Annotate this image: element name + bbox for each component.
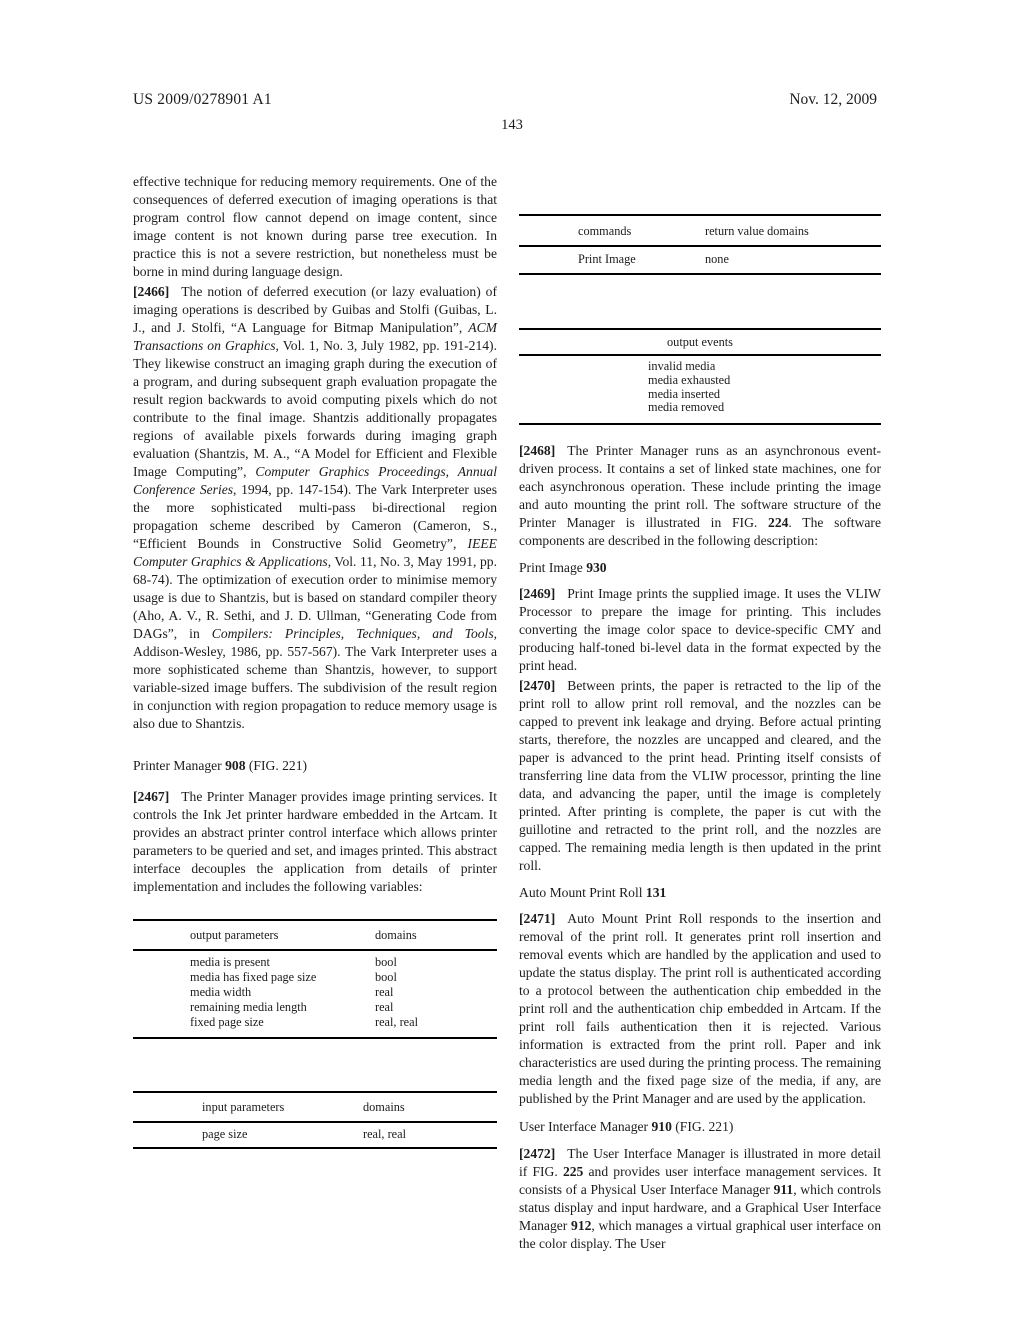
right-column: commands return value domains Print Imag…: [519, 214, 881, 1255]
publication-date: Nov. 12, 2009: [789, 91, 877, 109]
table-header-output-parameters: output parameters: [190, 928, 375, 943]
table-rule: [519, 273, 881, 275]
table-row: media exhausted: [648, 374, 881, 388]
table-header-return-value-domains: return value domains: [705, 224, 881, 239]
table-cell: remaining media length: [190, 1000, 375, 1015]
table-cell: real: [375, 985, 497, 1000]
paragraph-2469: [2469]Print Image prints the supplied im…: [519, 585, 881, 675]
table-header-input-parameters: input parameters: [202, 1100, 363, 1115]
patent-page: US 2009/0278901 A1 Nov. 12, 2009 143 eff…: [0, 0, 1024, 1320]
paragraph-2466: [2466]The notion of deferred execution (…: [133, 283, 497, 733]
table-cell: media is present: [190, 955, 375, 970]
paragraph-2471: [2471]Auto Mount Print Roll responds to …: [519, 910, 881, 1108]
table-rule: [133, 1147, 497, 1149]
table-cell: bool: [375, 955, 497, 970]
left-column: effective technique for reducing memory …: [133, 173, 497, 1149]
table-cell: media has fixed page size: [190, 970, 375, 985]
table-rule: [519, 423, 881, 425]
heading-printer-manager: Printer Manager 908 (FIG. 221): [133, 757, 497, 775]
publication-number: US 2009/0278901 A1: [133, 91, 272, 109]
table-cell: none: [705, 252, 881, 267]
table-body: page size real, real: [133, 1123, 497, 1147]
table-header-domains: domains: [375, 928, 497, 943]
table-row: media removed: [648, 401, 881, 415]
paragraph-2472: [2472]The User Interface Manager is illu…: [519, 1145, 881, 1253]
table-cell: page size: [202, 1127, 363, 1142]
table-row: media width real: [133, 985, 497, 1000]
table-row: media inserted: [648, 388, 881, 402]
table-row: page size real, real: [133, 1127, 497, 1142]
table-cell: fixed page size: [190, 1015, 375, 1030]
paragraph-2468: [2468]The Printer Manager runs as an asy…: [519, 442, 881, 550]
table-body: Print Image none: [519, 247, 881, 273]
paragraph-2470: [2470]Between prints, the paper is retra…: [519, 677, 881, 875]
table-cell: Print Image: [578, 252, 705, 267]
table-row: remaining media length real: [133, 1000, 497, 1015]
input-parameters-table: input parameters domains page size real,…: [133, 1091, 497, 1149]
table-cell: media width: [190, 985, 375, 1000]
table-body: invalid media media exhausted media inse…: [519, 356, 881, 423]
table-header-domains: domains: [363, 1100, 497, 1115]
table-row: fixed page size real, real: [133, 1015, 497, 1030]
table-header-row: output parameters domains: [133, 921, 497, 949]
paragraph-continuation: effective technique for reducing memory …: [133, 173, 497, 281]
table-cell: bool: [375, 970, 497, 985]
heading-print-image: Print Image 930: [519, 559, 881, 577]
commands-table: commands return value domains Print Imag…: [519, 214, 881, 275]
output-events-table: output events invalid media media exhaus…: [519, 328, 881, 425]
table-row: media has fixed page size bool: [133, 970, 497, 985]
page-number: 143: [0, 117, 1024, 134]
table-row: invalid media: [648, 360, 881, 374]
table-header-row: commands return value domains: [519, 216, 881, 245]
table-row: Print Image none: [519, 252, 881, 267]
table-rule: [133, 1037, 497, 1039]
table-header-row: input parameters domains: [133, 1093, 497, 1121]
output-parameters-table: output parameters domains media is prese…: [133, 919, 497, 1039]
table-header-commands: commands: [578, 224, 705, 239]
heading-user-interface-manager: User Interface Manager 910 (FIG. 221): [519, 1118, 881, 1136]
table-body: media is present bool media has fixed pa…: [133, 951, 497, 1037]
heading-auto-mount-print-roll: Auto Mount Print Roll 131: [519, 884, 881, 902]
table-cell: real, real: [375, 1015, 497, 1030]
table-row: media is present bool: [133, 955, 497, 970]
table-cell: real: [375, 1000, 497, 1015]
table-header-output-events: output events: [519, 330, 881, 354]
paragraph-2467: [2467]The Printer Manager provides image…: [133, 788, 497, 896]
table-cell: real, real: [363, 1127, 497, 1142]
